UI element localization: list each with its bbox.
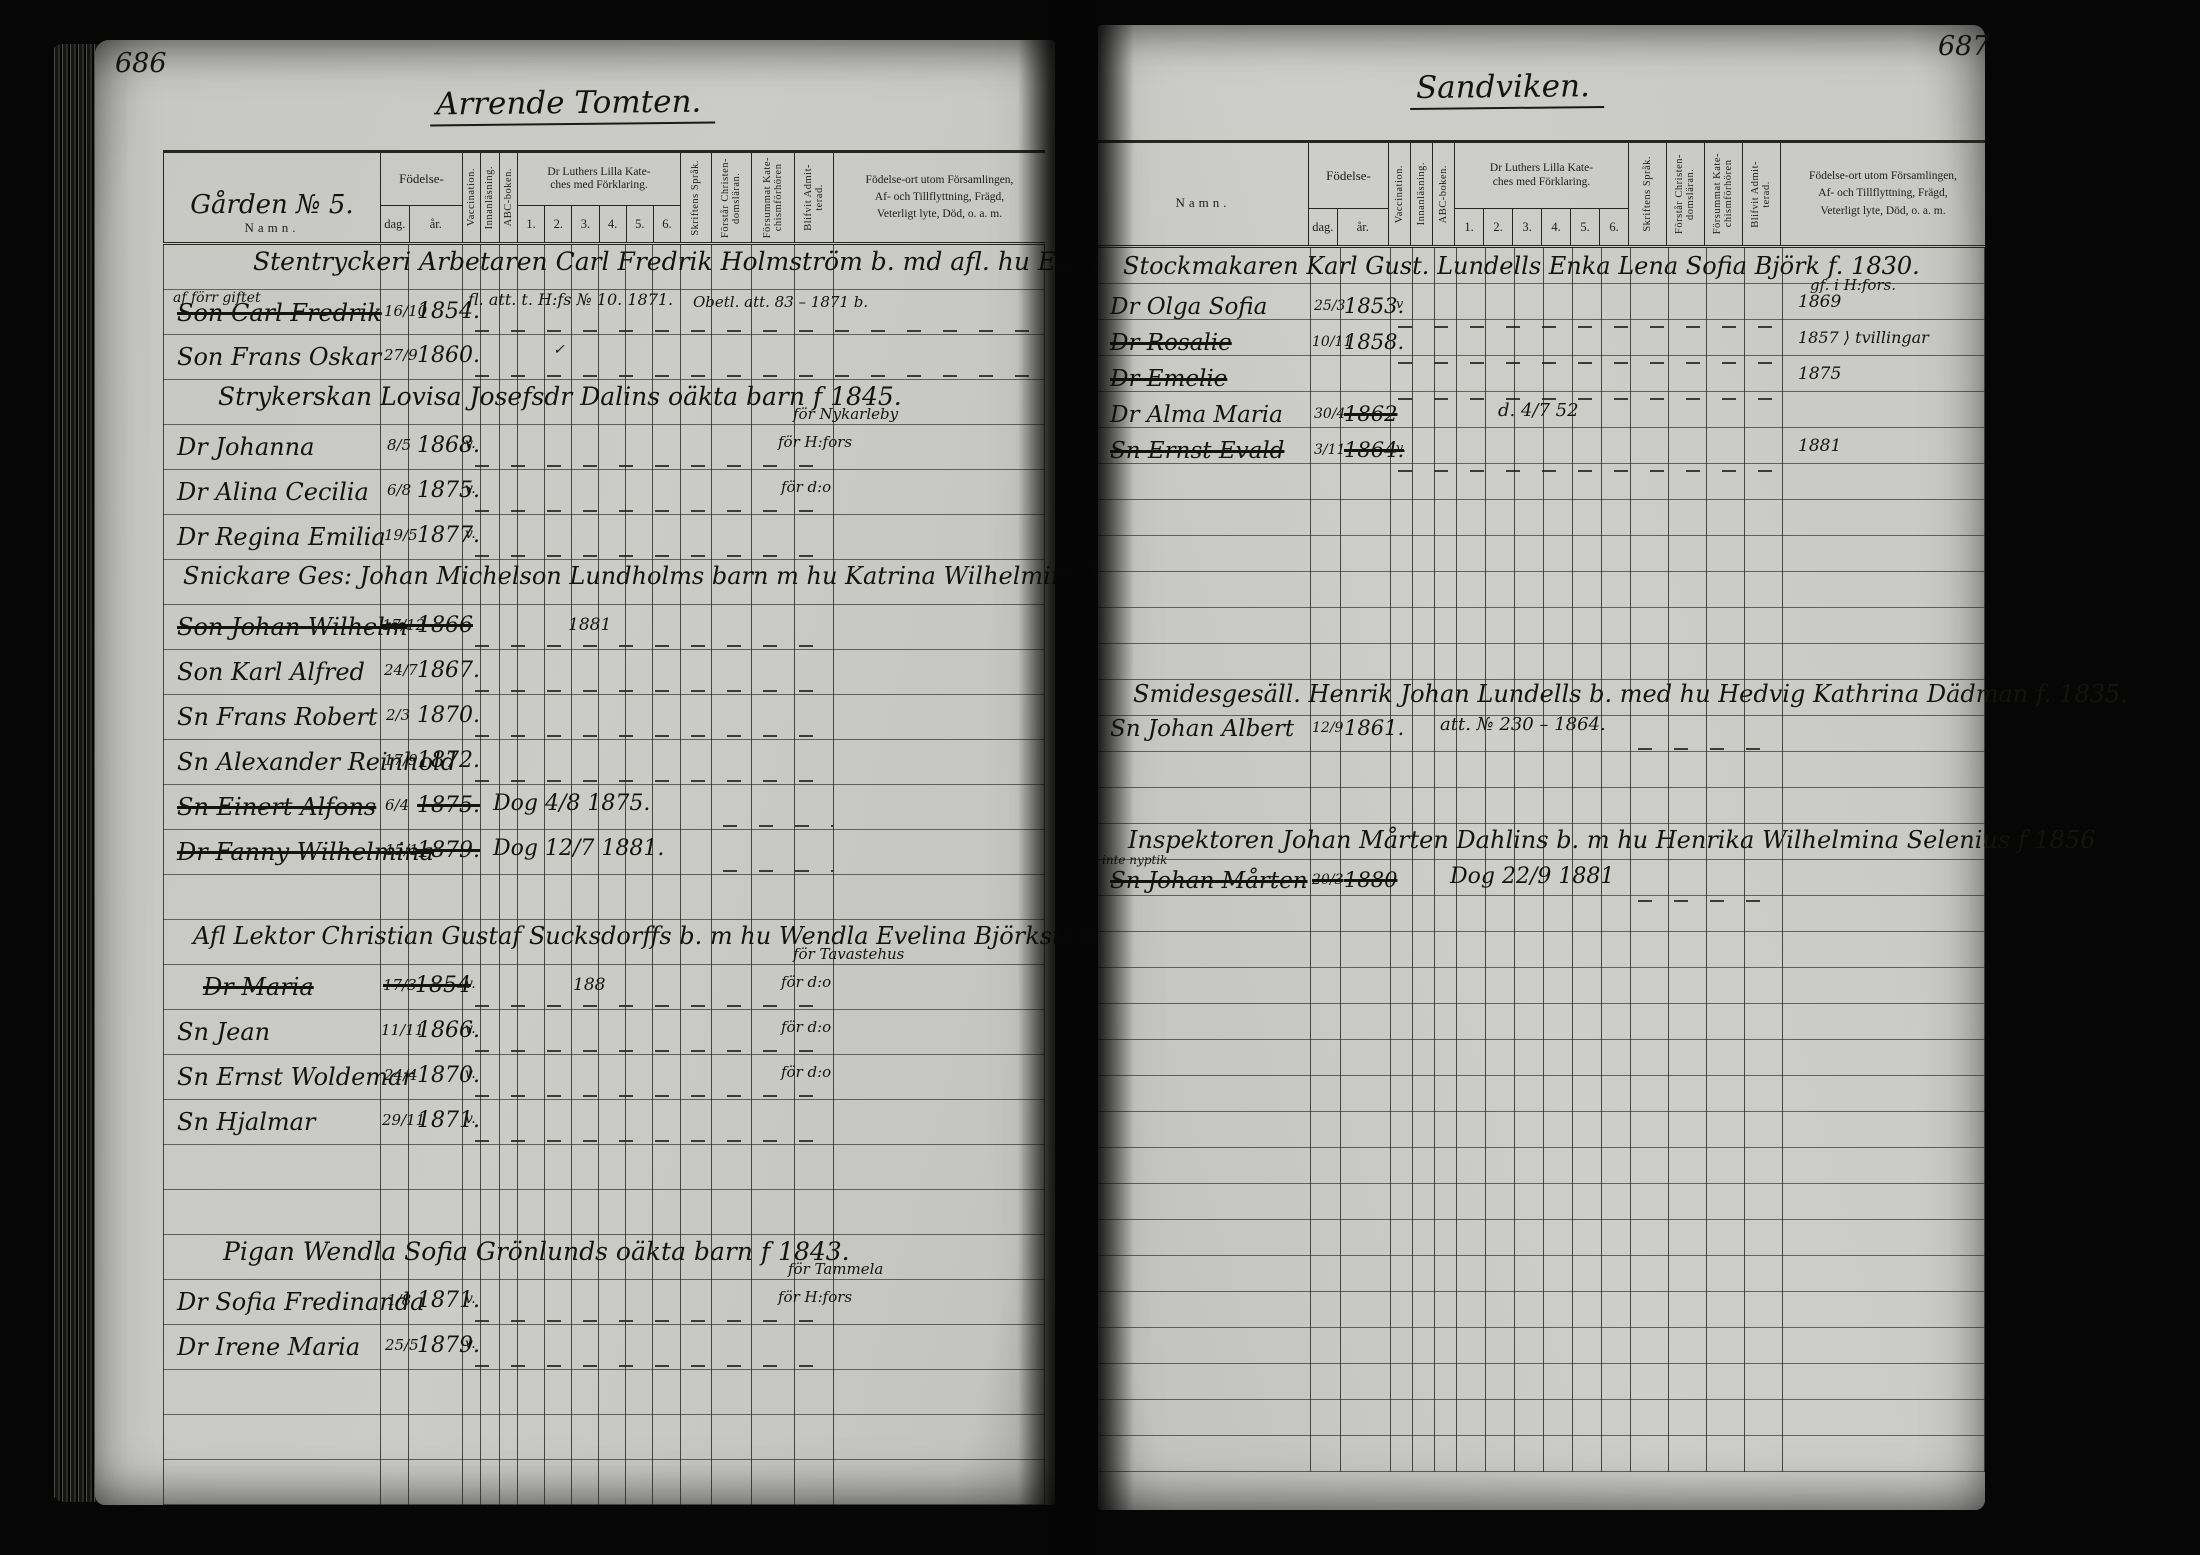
remark: för H:fors	[778, 435, 852, 450]
table-header: Gården № 5. Namn. Födelse- dag. år. Vacc…	[163, 150, 1045, 245]
column-katekes: Dr Luthers Lilla Kate- ches med Förklari…	[517, 153, 680, 242]
garden-label: Gården № 5.	[190, 192, 353, 218]
birth-day: 1/8	[387, 1293, 411, 1308]
column-forstar: Förstår Christen- domsläran.	[1666, 143, 1704, 245]
entry-name: Son Karl Alfred	[177, 660, 365, 684]
entry-name: Dr Alma Maria	[1110, 404, 1283, 427]
birth-day: 12/9	[1312, 721, 1343, 735]
kate-5: 5.	[626, 206, 653, 242]
birth-day: 6/4	[385, 798, 409, 813]
kate-6: 6.	[653, 206, 680, 242]
column-skrift: Skriftens Språk.	[680, 153, 711, 242]
margin-note: inte nyptik	[1102, 854, 1167, 866]
birth-year: 1870.	[417, 705, 480, 727]
birth-day: 3/11	[1314, 443, 1345, 457]
entry-name: Sn Johan Mårten	[1110, 870, 1308, 893]
namn-label: Namn.	[244, 220, 299, 236]
column-blifvit: Blifvit Admit- terad.	[794, 153, 833, 242]
page-number: 687	[1938, 33, 1990, 60]
entry-name: Dr Alina Cecilia	[177, 480, 369, 504]
entry-name: Sn Ernst Woldemar	[177, 1065, 414, 1089]
ar-label: år.	[409, 206, 462, 242]
birth-year: 1875.	[417, 795, 480, 817]
family-header: Pigan Wendla Sofia Grönlunds oäkta barn …	[223, 1239, 850, 1264]
kate-1: 1.	[1455, 209, 1483, 245]
entry-name: Son Frans Oskar	[177, 345, 381, 369]
remark: 1875	[1798, 366, 1841, 383]
entry-name: Sn Jean	[177, 1020, 270, 1044]
birth-day: 17/3	[383, 978, 417, 993]
column-vaccination: Vaccination.	[462, 153, 480, 242]
entry-name: Dr Emelie	[1110, 368, 1227, 391]
birth-day: 25/3	[1314, 299, 1345, 313]
vaccination-mark: v.	[465, 482, 476, 496]
vaccination-mark: v	[1396, 298, 1403, 311]
fodelse-label: Födelse-	[381, 153, 462, 205]
remark: för Tammela	[788, 1262, 883, 1277]
entry-name: Dr Regina Emilia	[177, 525, 386, 549]
note: d. 4/7 52	[1498, 402, 1579, 420]
remark: för d:o	[781, 480, 831, 495]
family-header: Stockmakaren Karl Gust. Lundells Enka Le…	[1123, 254, 1920, 278]
remark: 1869	[1798, 294, 1841, 311]
column-katekes: Dr Luthers Lilla Kate- ches med Förklari…	[1454, 143, 1628, 245]
column-skrift: Skriftens Språk.	[1628, 143, 1666, 245]
entry-name: Sn Einert Alfons	[177, 795, 376, 819]
birth-day: 8/5	[387, 438, 411, 453]
column-abc: ABC-boken.	[1432, 143, 1454, 245]
column-namn: Namn.	[1098, 143, 1308, 245]
remark: för Nykarleby	[793, 407, 898, 422]
column-innanlasning: Innanläsning.	[1410, 143, 1432, 245]
kate-4: 4.	[1541, 209, 1570, 245]
birth-day: 17/9	[384, 753, 418, 768]
remark: 1857 ⟩ tvillingar	[1798, 330, 1929, 346]
death-note: Dog 12/7 1881.	[493, 838, 664, 860]
left-page: 686 Arrende Tomten. Gården № 5. Namn. Fö…	[95, 40, 1055, 1505]
family-header: Smidesgesäll. Henrik Johan Lundells b. m…	[1133, 682, 2128, 706]
column-blifvit: Blifvit Admit- terad.	[1742, 143, 1780, 245]
dag-label: dag.	[1309, 209, 1337, 245]
vaccination-mark: v.	[465, 437, 476, 451]
column-innanlasning: Innanläsning.	[480, 153, 499, 242]
birth-day: 19/5	[384, 528, 418, 543]
right-page: 687 Sandviken. Namn. Födelse- dag. år. V…	[1098, 25, 1985, 1510]
kate-1: 1.	[518, 206, 544, 242]
birth-year: 1866	[417, 615, 473, 637]
entry-name: Son Johan Wilhelm	[177, 615, 408, 639]
family-header: Inspektoren Johan Mårten Dahlins b. m hu…	[1128, 828, 2095, 852]
kate-2: 2.	[1483, 209, 1512, 245]
remark: 1881	[1798, 438, 1841, 455]
kate-3: 3.	[571, 206, 598, 242]
vaccination-mark: v.	[465, 1067, 476, 1081]
entry-name: Sn Frans Robert	[177, 705, 378, 729]
entry-name: Dr Johanna	[177, 435, 314, 459]
entry-name: Dr Irene Maria	[177, 1335, 360, 1359]
birth-day: 15/1	[385, 843, 419, 858]
birth-year: 1867.	[417, 660, 480, 682]
kate-5: 5.	[1570, 209, 1599, 245]
entry-name: Sn Hjalmar	[177, 1110, 315, 1134]
column-remark: Födelse-ort utom Församlingen, Af- och T…	[833, 153, 1045, 242]
column-forstar: Förstår Christen- domsläran.	[711, 153, 751, 242]
vaccination-mark: v.	[1396, 442, 1406, 455]
entry-name: Son Carl Fredrik	[177, 301, 382, 325]
column-forsummat: Försummat Kate- chismförhören	[1704, 143, 1742, 245]
column-vaccination: Vaccination.	[1388, 143, 1410, 245]
column-abc: ABC-boken.	[499, 153, 517, 242]
birth-year: 1872.	[417, 750, 480, 772]
death-note: Dog 4/8 1875.	[493, 793, 650, 815]
page-title: Arrende Tomten.	[430, 87, 716, 127]
birth-year: 1862	[1344, 404, 1397, 425]
birth-year: 1854	[415, 975, 471, 997]
birth-year: 1860.	[417, 345, 480, 367]
remark: gf. i H:fors.	[1810, 278, 1896, 293]
table-body: Stockmakaren Karl Gust. Lundells Enka Le…	[1098, 248, 1985, 1472]
kate-2: 2.	[544, 206, 571, 242]
entry-name: Sn Johan Albert	[1110, 718, 1294, 741]
birth-year: 1858.	[1344, 332, 1404, 353]
remark: för d:o	[781, 1020, 831, 1035]
page-number: 686	[115, 50, 167, 77]
entry-name: Dr Rosalie	[1110, 332, 1232, 355]
page-title: Sandviken.	[1410, 71, 1604, 110]
table-header: Namn. Födelse- dag. år. Vaccination. Inn…	[1098, 140, 1985, 248]
book-scan: 686 Arrende Tomten. Gården № 5. Namn. Fö…	[0, 0, 2200, 1555]
vaccination-mark: v.	[465, 1112, 476, 1126]
katekes-label: Dr Luthers Lilla Kate- ches med Förklari…	[1455, 143, 1628, 208]
katekes-label: Dr Luthers Lilla Kate- ches med Förklari…	[518, 153, 680, 205]
ar-label: år.	[1337, 209, 1388, 245]
remark: för H:fors	[778, 1290, 852, 1305]
kate-3: 3.	[1512, 209, 1541, 245]
birth-day: 6/8	[387, 483, 411, 498]
birth-day: 20/3	[1312, 873, 1343, 887]
column-forsummat: Försummat Kate- chismförhören	[751, 153, 794, 242]
kate-4: 4.	[599, 206, 626, 242]
birth-day: 2/3	[386, 708, 410, 723]
vaccination-mark: v.	[465, 977, 476, 991]
birth-day: 27/9	[384, 348, 418, 363]
entry-name: Dr Maria	[203, 975, 314, 999]
birth-day: 24/7	[384, 663, 418, 678]
dag-label: dag.	[381, 206, 409, 242]
remark: för Tavastehus	[793, 947, 904, 962]
column-fodelse: Födelse- dag. år.	[1308, 143, 1388, 245]
entry-name: Sn Ernst Evald	[1110, 440, 1284, 463]
table-body: Stentryckeri Arbetaren Carl Fredrik Holm…	[163, 245, 1045, 1505]
remark: för d:o	[781, 975, 831, 990]
column-namn: Gården № 5. Namn.	[163, 153, 380, 242]
vaccination-mark: v.	[465, 1022, 476, 1036]
birth-day: 30/4	[1314, 407, 1345, 421]
birth-day: 24/4	[384, 1068, 418, 1083]
kate-6: 6.	[1599, 209, 1628, 245]
birth-year: 1879.	[417, 840, 480, 862]
birth-day: 25/5	[385, 1338, 419, 1353]
note: 1881	[568, 617, 611, 634]
vaccination-mark: v.	[465, 1292, 476, 1306]
vaccination-mark: v.	[465, 1337, 476, 1351]
note: att. № 230 – 1864.	[1440, 716, 1606, 734]
entry-name: Dr Olga Sofia	[1110, 296, 1267, 319]
page-edge-stack	[52, 44, 98, 1502]
note: fl. att. t. H:fs № 10. 1871.	[468, 292, 673, 308]
vaccination-mark: v.	[465, 527, 476, 541]
namn-label: Namn.	[1175, 195, 1230, 211]
family-header: Afl Lektor Christian Gustaf Sucksdorffs …	[193, 924, 1177, 948]
note: 188	[573, 977, 605, 994]
fodelse-label: Födelse-	[1309, 143, 1388, 208]
birth-year: 1880	[1344, 870, 1397, 891]
column-remark: Födelse-ort utom Församlingen, Af- och T…	[1780, 143, 1985, 245]
death-note: Dog 22/9 1881	[1450, 866, 1614, 888]
remark: för d:o	[781, 1065, 831, 1080]
check-mark: ✓	[553, 343, 565, 357]
column-fodelse: Födelse- dag. år.	[380, 153, 462, 242]
birth-year: 1861.	[1344, 718, 1404, 739]
remark: Obetl. att. 83 – 1871 b.	[693, 295, 868, 310]
